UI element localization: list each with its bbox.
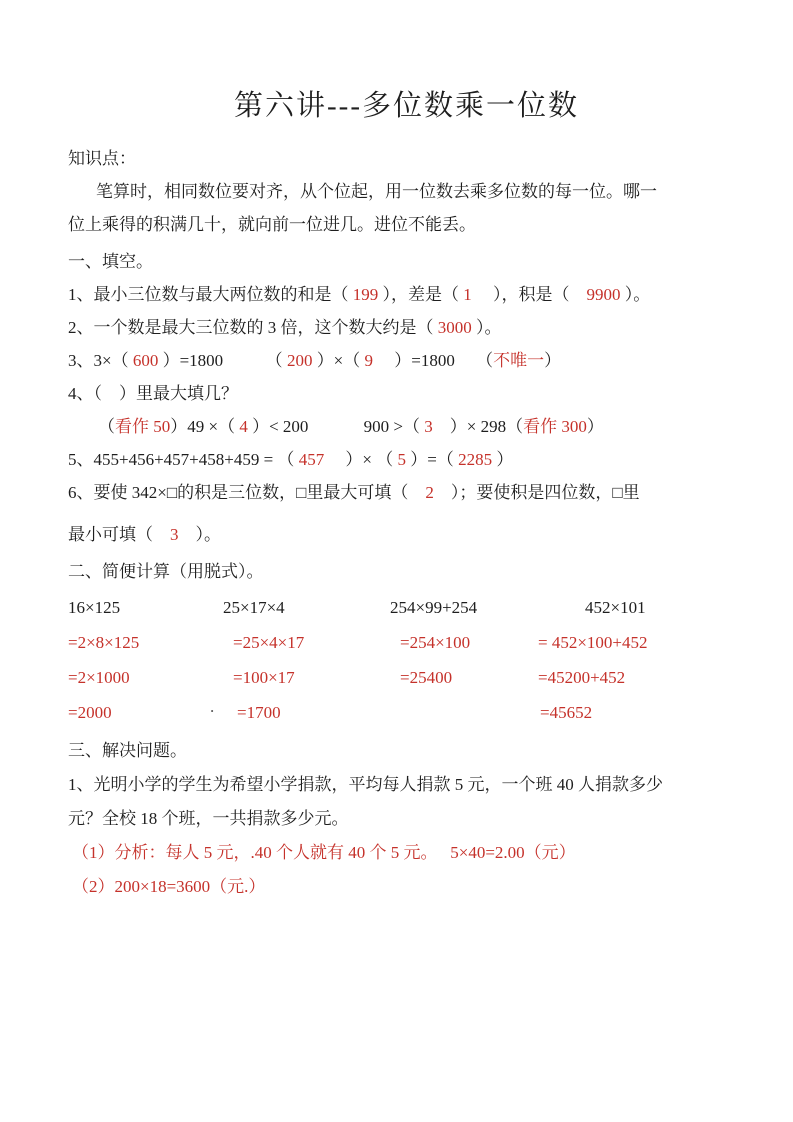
page-title: 第六讲---多位数乘一位数 — [68, 86, 745, 126]
fill-item-3: 3、3×（ 600 ）=1800 （ 200 ）×（ 9 ）=1800 （不唯一… — [68, 344, 745, 377]
fill-item-4: 4、（ ）里最大填几？ — [68, 377, 745, 410]
simplify-cell: =25×4×17 — [223, 625, 390, 660]
simplify-cell: =2000 — [68, 695, 223, 730]
simplify-cell: =25400 — [390, 660, 538, 695]
knowledge-label: 知识点： — [68, 142, 745, 175]
fill-item-4-answer: （看作 50）49 ×（ 4 ）< 200 900 >（ 3 ）× 298（看作… — [68, 410, 745, 443]
simplify-cell: =45652 — [538, 695, 745, 730]
fill-item-6: 6、要使 342×□的积是三位数，□里最大可填（ 2 ）；要使积是四位数，□里 — [68, 476, 745, 509]
solve-problem-1-line-1: 1、光明小学的学生为希望小学捐款，平均每人捐款 5 元，一个班 40 人捐款多少 — [68, 768, 745, 802]
simplify-cell — [390, 695, 538, 730]
simplify-cell: = 452×100+452 — [538, 625, 745, 660]
solve-answer-1: （1）分析：每人 5 元，.40 个人就有 40 个 5 元。 5×40=2.0… — [68, 836, 745, 870]
simplify-cell: 16×125 — [68, 590, 223, 625]
solve-answer-2: （2）200×18=3600（元.） — [68, 870, 745, 904]
simplify-cell: 452×101 — [538, 590, 745, 625]
solve-problem-1-line-2: 元？全校 18 个班，一共捐款多少元。 — [68, 802, 745, 836]
section-heading-fill: 一、填空。 — [68, 245, 745, 278]
simplify-worked-examples: 16×125 25×17×4 254×99+254 452×101 =2×8×1… — [68, 590, 745, 730]
worksheet-page: 第六讲---多位数乘一位数 知识点： 笔算时，相同数位要对齐，从个位起，用一位数… — [0, 0, 793, 1122]
simplify-cell: 25×17×4 — [223, 590, 390, 625]
knowledge-paragraph-line-1: 笔算时，相同数位要对齐，从个位起，用一位数去乘多位数的每一位。哪一 — [68, 175, 745, 208]
simplify-cell: =254×100 — [390, 625, 538, 660]
simplify-cell: =100×17 — [223, 660, 390, 695]
simplify-cell: 254×99+254 — [390, 590, 538, 625]
fill-item-5: 5、455+456+457+458+459 = （ 457 ）× （ 5 ）=（… — [68, 443, 745, 476]
simplify-cell: =45200+452 — [538, 660, 745, 695]
section-heading-solve: 三、解决问题。 — [68, 734, 745, 768]
fill-item-2: 2、一个数是最大三位数的 3 倍，这个数大约是（ 3000 ）。 — [68, 311, 745, 344]
knowledge-paragraph-line-2: 位上乘得的积满几十，就向前一位进几。进位不能丢。 — [68, 208, 745, 241]
fill-item-1: 1、最小三位数与最大两位数的和是（ 199 ），差是（ 1 ），积是（ 9900… — [68, 278, 745, 311]
fill-item-6-continued: 最小可填（ 3 ）。 — [68, 518, 745, 551]
section-heading-simplify: 二、简便计算（用脱式）。 — [68, 555, 745, 588]
simplify-cell: =2×1000 — [68, 660, 223, 695]
stray-dot-mark: . — [210, 697, 214, 717]
simplify-cell: =2×8×125 — [68, 625, 223, 660]
simplify-cell: =1700 — [223, 695, 390, 730]
